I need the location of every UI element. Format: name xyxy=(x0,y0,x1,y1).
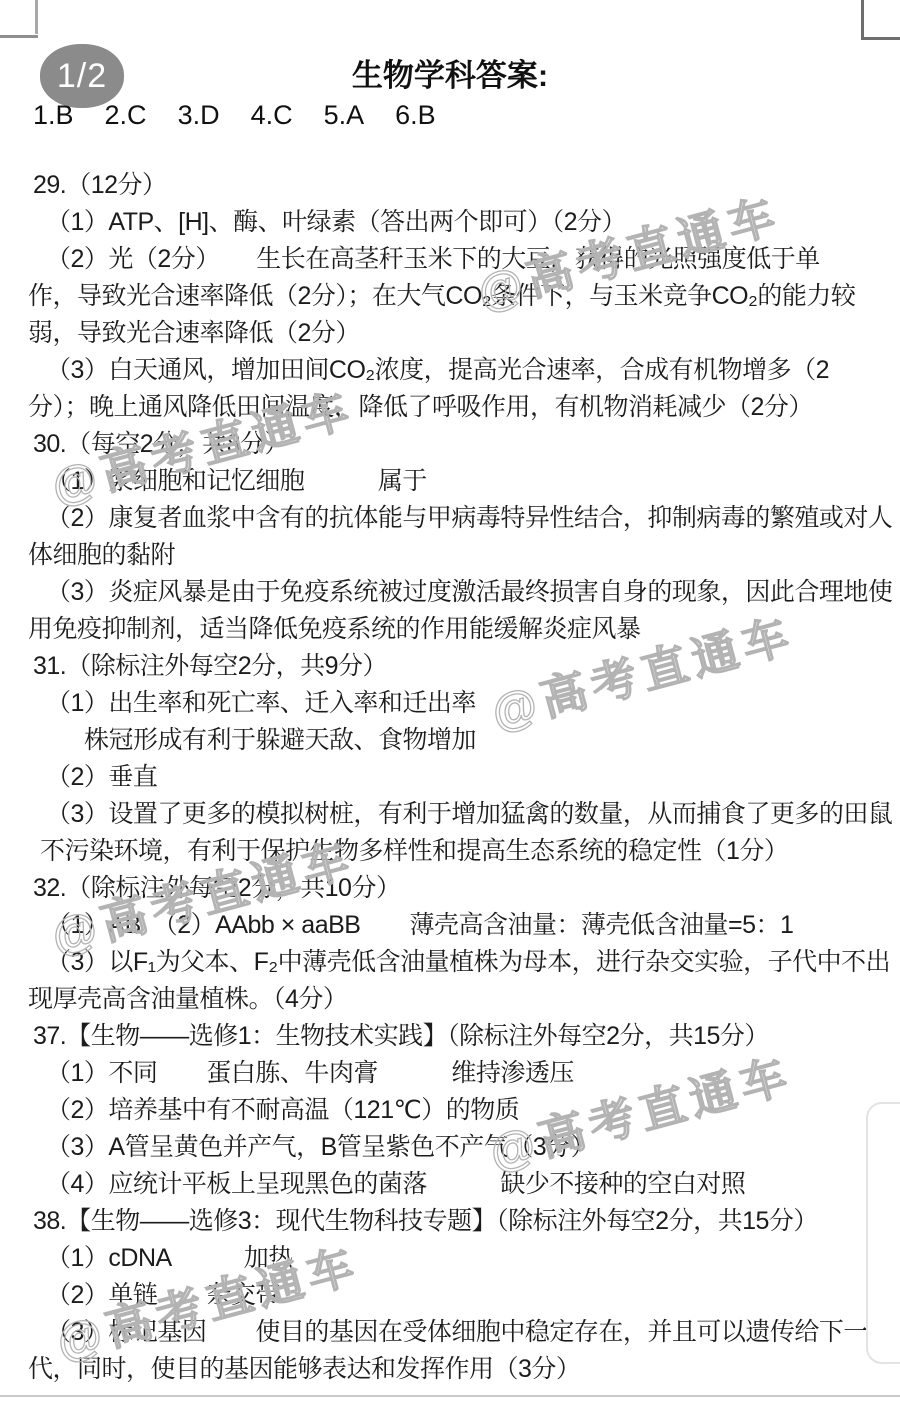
answer-line: 弱，导致光合速率降低（2分） xyxy=(0,315,900,352)
answer-line: 用免疫抑制剂，适当降低免疫系统的作用能缓解炎症风暴 xyxy=(0,611,900,648)
answer-line: 株冠形成有利于躲避天敌、食物增加 xyxy=(0,722,900,759)
bottom-divider-line xyxy=(0,1395,900,1397)
choice-answers-row: 1.B2.C3.D4.C5.A6.B xyxy=(33,100,436,131)
answer-line: （3）白天通风，增加田间CO₂浓度，提高光合速率，合成有机物增多（2 xyxy=(0,352,900,389)
answer-line: （2）光（2分） 生长在高茎秆玉米下的大豆，获得的光照强度低于单 xyxy=(0,241,900,278)
answer-line: 现厚壳高含油量植株。（4分） xyxy=(0,981,900,1018)
answer-line: 32.（除标注外每空2分，共10分） xyxy=(0,870,900,907)
answer-line: （1）ATP、[H]、酶、叶绿素（答出两个即可）（2分） xyxy=(0,204,900,241)
answer-line: （3）标记基因 使目的基因在受体细胞中稳定存在，并且可以遗传给下一 xyxy=(0,1314,900,1351)
choice-answer: 3.D xyxy=(178,100,220,131)
answer-line: 作，导致光合速率降低（2分）；在大气CO₂条件下，与玉米竞争CO₂的能力较 xyxy=(0,278,900,315)
corner-mark-top-right-horizontal xyxy=(861,37,900,40)
answer-line: 代，同时，使目的基因能够表达和发挥作用（3分） xyxy=(0,1351,900,1388)
choice-answer: 1.B xyxy=(33,100,74,131)
answer-line: 不污染环境，有利于保护生物多样性和提高生态系统的稳定性（1分） xyxy=(0,833,900,870)
answer-line: 分）；晚上通风降低田间温度，降低了呼吸作用，有机物消耗减少（2分） xyxy=(0,389,900,426)
answer-line: （1）AB （2）AAbb × aaBB 薄壳高含油量：薄壳低含油量=5：1 xyxy=(0,907,900,944)
answer-line: （2）康复者血浆中含有的抗体能与甲病毒特异性结合，抑制病毒的繁殖或对人 xyxy=(0,500,900,537)
choice-answer: 5.A xyxy=(324,100,365,131)
choice-answer: 2.C xyxy=(105,100,147,131)
page-title: 生物学科答案: xyxy=(0,50,900,95)
choice-answer: 6.B xyxy=(395,100,436,131)
corner-mark-top-left-vertical xyxy=(35,0,38,34)
next-page-card-edge xyxy=(866,1102,900,1364)
answer-line: （2）培养基中有不耐高温（121℃）的物质 xyxy=(0,1092,900,1129)
answer-line: （1）出生率和死亡率、迁入率和迁出率 xyxy=(0,685,900,722)
answer-line: 38.【生物——选修3：现代生物科技专题】（除标注外每空2分，共15分） xyxy=(0,1203,900,1240)
answer-line: 31.（除标注外每空2分，共9分） xyxy=(0,648,900,685)
answer-line: （3）炎症风暴是由于免疫系统被过度激活最终损害自身的现象，因此合理地使 xyxy=(0,574,900,611)
answer-line: （2）垂直 xyxy=(0,759,900,796)
answer-line: （2）单链 杂交带 xyxy=(0,1277,900,1314)
answer-line: 29.（12分） xyxy=(0,167,900,204)
answer-line: （3）A管呈黄色并产气，B管呈紫色不产气（3分） xyxy=(0,1129,900,1166)
answer-line: 37.【生物——选修1：生物技术实践】（除标注外每空2分，共15分） xyxy=(0,1018,900,1055)
answer-line: （3）设置了更多的模拟树桩，有利于增加猛禽的数量，从而捕食了更多的田鼠 xyxy=(0,796,900,833)
corner-mark-top-right-vertical xyxy=(861,0,864,37)
corner-mark-top-left-horizontal xyxy=(0,35,38,38)
answer-lines: 29.（12分）（1）ATP、[H]、酶、叶绿素（答出两个即可）（2分）（2）光… xyxy=(0,167,900,1388)
answer-line: （3）以F₁为父本、F₂中薄壳低含油量植株为母本，进行杂交实验，子代中不出 xyxy=(0,944,900,981)
answer-line: （1）浆细胞和记忆细胞 属于 xyxy=(0,463,900,500)
answer-line: 体细胞的黏附 xyxy=(0,537,900,574)
answer-line: （1）cDNA 加热 xyxy=(0,1240,900,1277)
answer-line: 30.（每空2分，共8分） xyxy=(0,426,900,463)
answer-line: （1）不同 蛋白胨、牛肉膏 维持渗透压 xyxy=(0,1055,900,1092)
document-page: 1/2 生物学科答案: 1.B2.C3.D4.C5.A6.B 29.（12分）（… xyxy=(0,0,900,1404)
answer-line: （4）应统计平板上呈现黑色的菌落 缺少不接种的空白对照 xyxy=(0,1166,900,1203)
choice-answer: 4.C xyxy=(251,100,293,131)
